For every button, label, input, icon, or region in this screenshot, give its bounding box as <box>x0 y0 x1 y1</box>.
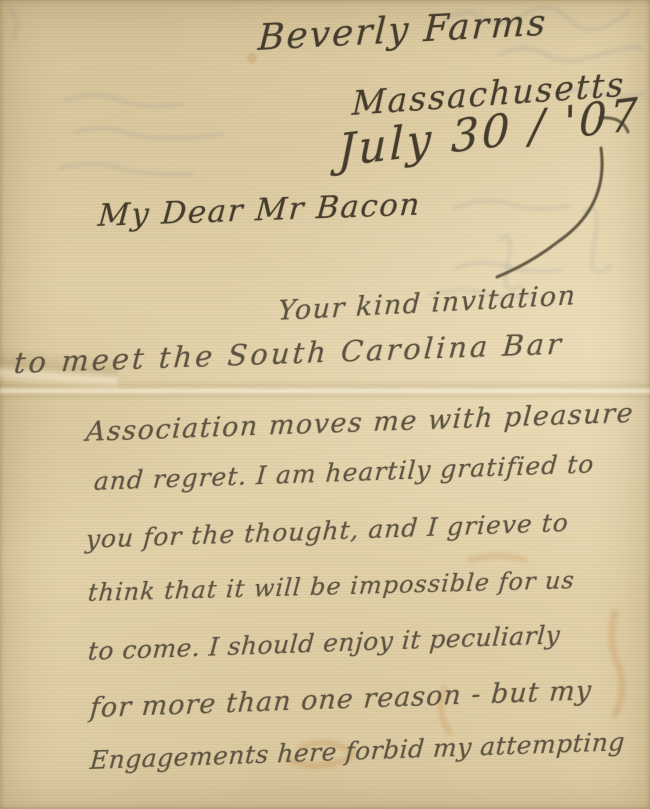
body-line: Engagements here forbid my attempting <box>89 727 626 775</box>
body-line: Association moves me with pleasure <box>85 398 635 448</box>
salutation-line: My Dear Mr Bacon <box>97 187 422 234</box>
body-line: for more than one reason - but my <box>89 675 593 724</box>
body-line: think that it will be impossible for us <box>87 566 576 607</box>
date-flourish-stroke <box>497 148 602 277</box>
body-line: to meet the South Carolina Bar <box>13 327 565 380</box>
body-line: Your kind invitation <box>277 280 577 327</box>
body-line: to come. I should enjoy it peculiarly <box>87 620 561 666</box>
letter-page: Beverly Farms Massachusetts July 30 / '0… <box>0 0 650 809</box>
heading-place-line: Beverly Farms <box>257 3 548 59</box>
body-line: you for the thought, and I grieve to <box>85 508 570 554</box>
body-line: and regret. I am heartily gratified to <box>93 449 595 496</box>
